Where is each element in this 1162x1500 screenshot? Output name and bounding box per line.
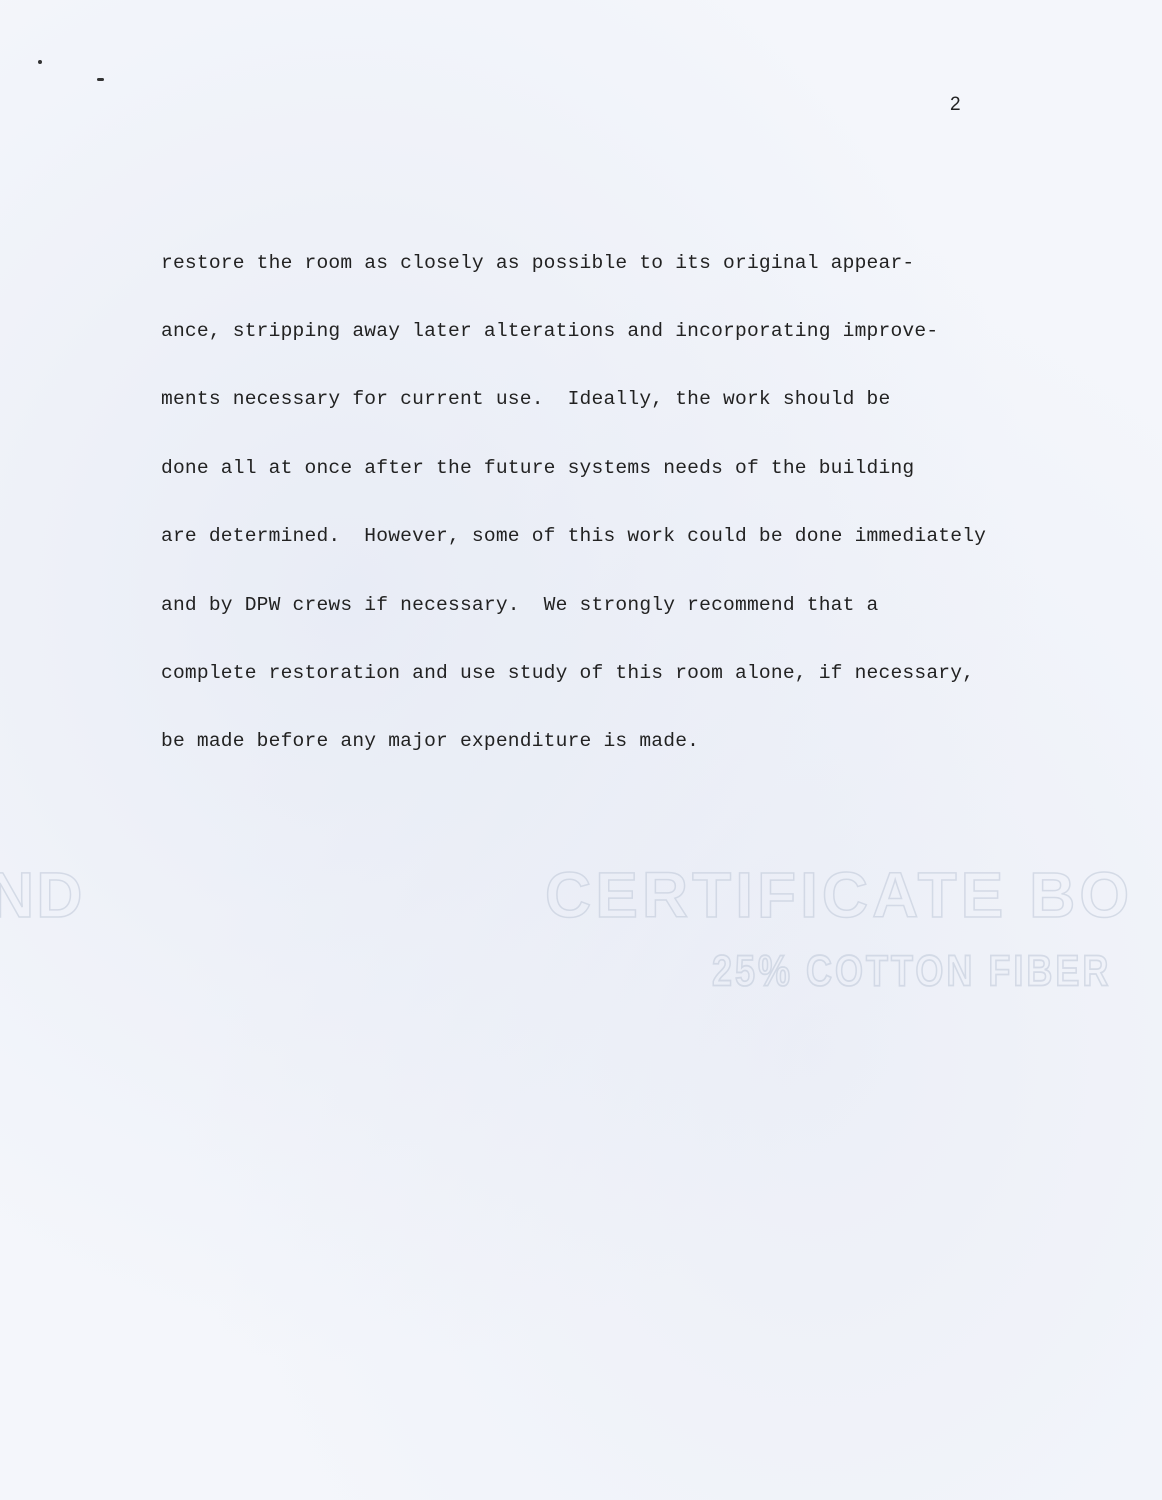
text-line: are determined. However, some of this wo…	[161, 525, 986, 548]
page-number: 2	[950, 94, 961, 116]
text-line: ments necessary for current use. Ideally…	[161, 388, 986, 411]
text-line: complete restoration and use study of th…	[161, 662, 986, 685]
text-line: be made before any major expenditure is …	[161, 730, 986, 753]
paper-speck	[38, 60, 42, 64]
watermark-sub: 25% COTTON FIBER	[712, 946, 1111, 996]
text-line: ance, stripping away later alterations a…	[161, 320, 986, 343]
watermark-fragment: ND	[0, 858, 84, 932]
paper-speck	[97, 78, 104, 81]
text-line: done all at once after the future system…	[161, 457, 986, 480]
document-page: ND CERTIFICATE BO 25% COTTON FIBER 2 res…	[0, 0, 1162, 1500]
watermark-main: CERTIFICATE BO	[545, 858, 1133, 932]
body-paragraph: restore the room as closely as possible …	[161, 206, 986, 799]
text-line: restore the room as closely as possible …	[161, 252, 986, 275]
text-line: and by DPW crews if necessary. We strong…	[161, 594, 986, 617]
